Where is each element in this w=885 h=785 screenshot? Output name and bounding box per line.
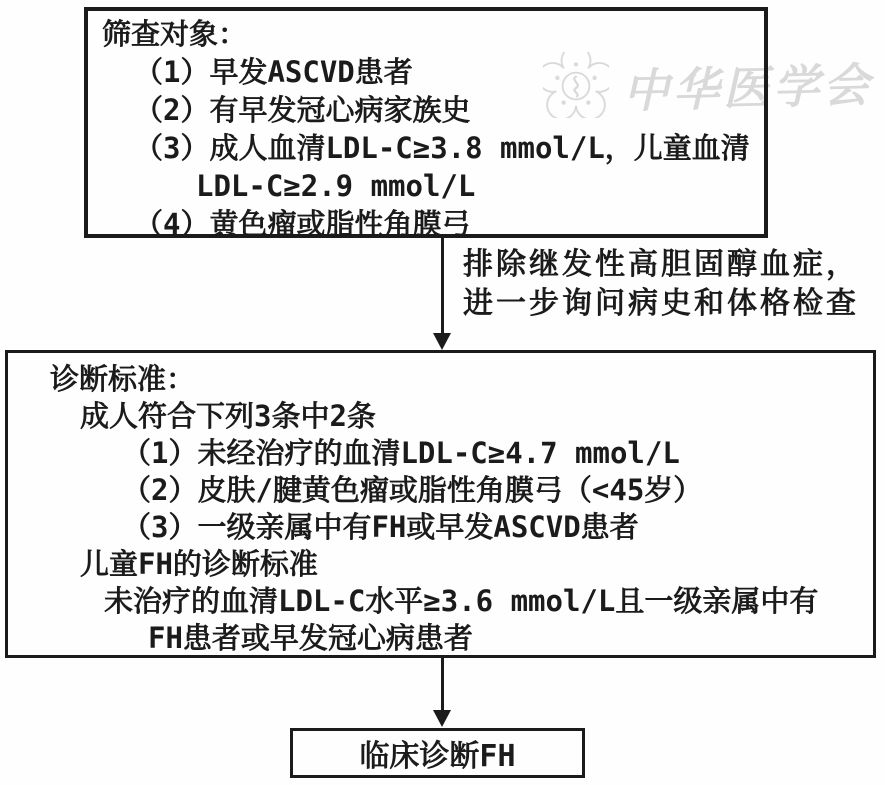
- screening-box-item-continuation: LDL-C≥2.9 mmol/L: [88, 167, 764, 205]
- criteria-box-subtitle: 成人符合下列3条中2条: [8, 398, 873, 435]
- criteria-box-item-continuation: FH患者或早发冠心病患者: [8, 620, 873, 657]
- flowchart-canvas: 中华医学会 筛查对象： （1）早发ASCVD患者 （2）有早发冠心病家族史 （3…: [0, 0, 885, 785]
- screening-box-item: （3）成人血清LDL-C≥3.8 mmol/L，儿童血清: [88, 129, 764, 167]
- screening-box-item: （4）黄色瘤或脂性角膜弓: [88, 205, 764, 243]
- criteria-box-title: 诊断标准：: [8, 361, 873, 398]
- criteria-box: 诊断标准： 成人符合下列3条中2条 （1）未经治疗的血清LDL-C≥4.7 mm…: [5, 350, 876, 658]
- criteria-box-item: （1）未经治疗的血清LDL-C≥4.7 mmol/L: [8, 435, 873, 472]
- screening-box: 筛查对象： （1）早发ASCVD患者 （2）有早发冠心病家族史 （3）成人血清L…: [84, 7, 768, 238]
- screening-box-item: （2）有早发冠心病家族史: [88, 91, 764, 129]
- criteria-box-subtitle: 儿童FH的诊断标准: [8, 546, 873, 583]
- criteria-box-item: （3）一级亲属中有FH或早发ASCVD患者: [8, 509, 873, 546]
- transition-label: 排除继发性高胆固醇血症， 进一步询问病史和体格检查: [463, 245, 859, 323]
- result-box: 临床诊断FH: [290, 728, 585, 778]
- arrow-head-icon: [433, 710, 451, 727]
- transition-label-line: 排除继发性高胆固醇血症，: [463, 245, 859, 284]
- result-box-label: 临床诊断FH: [359, 731, 515, 775]
- arrow-shaft: [441, 237, 444, 334]
- transition-label-line: 进一步询问病史和体格检查: [463, 284, 859, 323]
- criteria-box-item: （2）皮肤/腱黄色瘤或脂性角膜弓（<45岁）: [8, 472, 873, 509]
- criteria-box-item: 未治疗的血清LDL-C水平≥3.6 mmol/L且一级亲属中有: [8, 583, 873, 620]
- arrow-shaft: [441, 658, 444, 711]
- arrow-head-icon: [433, 333, 451, 350]
- screening-box-item: （1）早发ASCVD患者: [88, 53, 764, 91]
- screening-box-title: 筛查对象：: [88, 15, 764, 53]
